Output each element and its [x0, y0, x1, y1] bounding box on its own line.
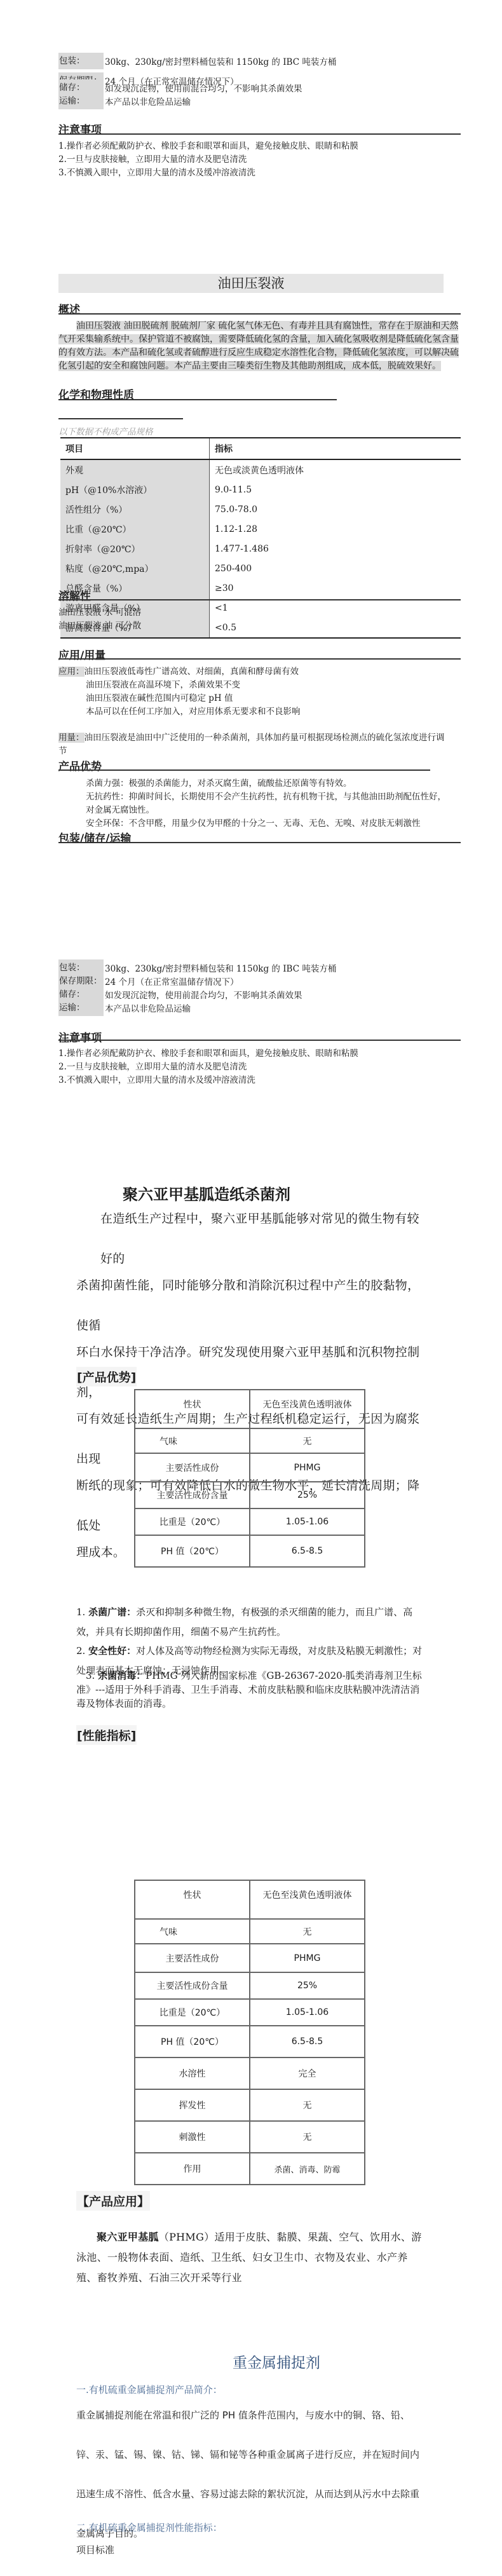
section-rule — [58, 599, 461, 600]
dosage-label: 用量： — [58, 733, 85, 743]
section-rule — [58, 658, 461, 660]
pkg-value: 本产品以非危险品运输 — [104, 1001, 191, 1014]
table-row: 比重是（20℃）1.05-1.06 — [135, 1508, 365, 1535]
spec-disclaimer: 以下数据不构成产品规格 — [58, 424, 153, 437]
phmg-spec-table-2: 性状无色至浅黄色透明液体 气味无 主要活性成份PHMG 主要活性成份含量25% … — [134, 1880, 365, 2185]
application-heading: 应用/用量 — [58, 646, 105, 662]
table-cell: 1.05-1.06 — [250, 1999, 365, 2026]
table-cell: 比重是（20℃） — [135, 1999, 250, 2026]
heavy-metal-performance-heading: 二.有机硫重金属捕捉剂性能指标： — [76, 2521, 222, 2534]
feature-number: 2. — [76, 1645, 85, 1657]
heavy-metal-title: 重金属捕捉剂 — [0, 2351, 502, 2372]
table-row: 粘度（@20℃,mpa）250-400 — [60, 559, 461, 578]
pkg-label: 运输： — [58, 1000, 104, 1016]
section-rule — [58, 769, 430, 771]
section-rule — [58, 1040, 461, 1041]
table-cell: 水溶性 — [135, 2057, 250, 2089]
table-row: pH（@10%水溶液）9.0-11.5 — [60, 480, 461, 499]
pkg-value: 如发现沉淀物，使用前混合均匀，不影响其杀菌效果 — [104, 988, 302, 1001]
table-cell: 性状 — [135, 1390, 250, 1428]
pkg-row-packaging: 包装： 30kg、230kg/密封塑料桶包装和 1150kg 的 IBC 吨装方… — [58, 53, 336, 69]
feature-title: 杀菌广谱： — [88, 1606, 136, 1618]
table-row: 主要活性成份PHMG — [135, 1453, 365, 1482]
precaution-item: 3.不慎溅入眼中，立即用大量的清水及缓冲溶液清洗 — [58, 165, 255, 178]
table-cell: 粘度（@20℃,mpa） — [60, 559, 210, 578]
feature-number: 3. — [76, 1670, 95, 1681]
dosage-text: 油田压裂液是油田中广泛使用的一种杀菌剂，具体加药量可根据现场检测点的硫化氢浓度进… — [85, 733, 445, 743]
table-row: 比重（@20℃）1.12-1.28 — [60, 519, 461, 539]
advantages-bracket-heading: [产品优势] — [76, 1367, 137, 1386]
table-cell: 25% — [250, 1972, 365, 1999]
performance-bracket-heading: [性能指标] — [76, 1725, 137, 1745]
dosage-text-cont: 节 — [58, 743, 67, 756]
table-cell: 主要活性成份含量 — [135, 1972, 250, 1999]
table-cell: 作用 — [135, 2153, 250, 2185]
table-cell: 1.12-1.28 — [210, 519, 461, 539]
table-cell: 1.477-1.486 — [210, 539, 461, 559]
table-cell: 活性组分（%） — [60, 499, 210, 519]
table-row: 性状无色至浅黄色透明液体 — [135, 1390, 365, 1428]
product-title: 油田压裂液 — [58, 274, 444, 293]
table-cell: 主要活性成份含量 — [135, 1482, 250, 1508]
application-label: 应用： — [58, 667, 85, 677]
advantages-heading: 产品优势 — [58, 757, 102, 773]
table-row: 作用杀菌、消毒、防霉 — [135, 2153, 365, 2185]
table-row: PH 值（20℃）6.5-8.5 — [135, 1535, 365, 1567]
pkg-value: 30kg、230kg/密封塑料桶包装和 1150kg 的 IBC 吨装方桶 — [104, 961, 336, 974]
application-item: 油田压裂液低毒性广谱高效、对细菌，真菌和酵母菌有效 — [85, 667, 299, 677]
table-cell: 折射率（@20℃） — [60, 539, 210, 559]
precaution-item: 2.一旦与皮肤接触，立即用大量的清水及肥皂清洗 — [58, 152, 247, 165]
solubility-heading: 溶解性 — [58, 587, 91, 603]
table-cell: 气味 — [135, 1428, 250, 1453]
section-rule — [58, 133, 461, 135]
heavy-metal-intro-heading: 一.有机硫重金属捕捉剂产品简介： — [76, 2383, 222, 2396]
table-cell: PHMG — [250, 1453, 365, 1482]
application-line: 应用：油田压裂液低毒性广谱高效、对细菌，真菌和酵母菌有效 — [58, 664, 299, 677]
precaution-item: 1.操作者必须配戴防护衣、橡胶手套和眼罩和面具，避免接触皮肤、眼睛和粘膜 — [58, 1046, 358, 1059]
table-row: 主要活性成份含量25% — [135, 1972, 365, 1999]
dosage-line: 用量：油田压裂液是油田中广泛使用的一种杀菌剂，具体加药量可根据现场检测点的硫化氢… — [58, 730, 445, 743]
table-row: 活性组分（%）75.0-78.0 — [60, 499, 461, 519]
table-cell: 主要活性成份 — [135, 1453, 250, 1482]
section-rule — [58, 313, 461, 315]
table-cell: 无 — [250, 2121, 365, 2153]
table-cell: 完全 — [250, 2057, 365, 2089]
table-cell: 250-400 — [210, 559, 461, 578]
table-row: 折射率（@20℃）1.477-1.486 — [60, 539, 461, 559]
short-rule — [58, 418, 183, 419]
pkg-value: 本产品以非危险品运输 — [104, 95, 191, 107]
table-row: 刺激性无 — [135, 2121, 365, 2153]
column-header: 指标 — [210, 438, 461, 459]
phmg-application: 聚六亚甲基胍（PHMG）适用于皮肤、黏膜、果蔬、空气、饮用水、游泳池、一般物体表… — [76, 2227, 424, 2288]
table-cell: pH（@10%水溶液） — [60, 480, 210, 499]
table-cell: 比重是（20℃） — [135, 1508, 250, 1535]
phmg-spec-table-1: 性状无色至浅黄色透明液体 气味无 主要活性成份PHMG 主要活性成份含量25% … — [134, 1389, 365, 1568]
feature-title: 安全性好： — [88, 1645, 136, 1657]
feature-3: 3. 杀菌消毒：PHMG 列入新的国家标准《GB-26367-2020-胍类消毒… — [76, 1669, 424, 1711]
table-cell: 性状 — [135, 1880, 250, 1919]
advantage-item: 对金属无腐蚀性。 — [86, 803, 154, 815]
advantage-item: 安全环保：不含甲醛，用量少仅为甲醛的十分之一、无毒、无色、无嗅、对皮肤无刺激性 — [86, 816, 421, 829]
table-row: 气味无 — [135, 1428, 365, 1453]
column-header: 项目 — [60, 438, 210, 459]
table-header-row: 项目 指标 — [60, 438, 461, 459]
table-cell: PHMG — [250, 1944, 365, 1972]
table-cell: 无色或淡黄色透明液体 — [210, 459, 461, 480]
table-cell: <0.5 — [210, 618, 461, 638]
table-cell: PH 值（20℃） — [135, 1535, 250, 1567]
table-cell: ≥30 — [210, 578, 461, 598]
solubility-item: 油田压裂液 水 可混溶 — [58, 605, 141, 618]
table-row: 比重是（20℃）1.05-1.06 — [135, 1999, 365, 2026]
table-cell: 挥发性 — [135, 2089, 250, 2121]
table-row: 总醛含量（%）≥30 — [60, 578, 461, 598]
application-item: 本品可以在任何工序加入，对应用体系无要求和不良影响 — [86, 704, 301, 717]
feature-1: 1. 杀菌广谱：杀灭和抑制多种微生物，有极强的杀灭细菌的能力，而且广谱、高效，并… — [76, 1603, 424, 1642]
pkg-row-transport: 运输： 本产品以非危险品运输 — [58, 1000, 191, 1016]
table-row: 主要活性成份含量25% — [135, 1482, 365, 1508]
table-cell: 75.0-78.0 — [210, 499, 461, 519]
advantage-item: 杀菌力强：极强的杀菌能力，对杀灭腐生菌，硫酸盐还原菌等有特效。 — [86, 776, 352, 789]
table-cell: 9.0-11.5 — [210, 480, 461, 499]
precaution-item: 1.操作者必须配戴防护衣、橡胶手套和眼罩和面具，避免接触皮肤、眼睛和粘膜 — [58, 139, 358, 151]
table-cell: 6.5-8.5 — [250, 1535, 365, 1567]
precautions-heading: 注意事项 — [58, 1029, 102, 1045]
precaution-item: 3.不慎溅入眼中，立即用大量的清水及缓冲溶液清洗 — [58, 1073, 255, 1085]
pkg-value: 24 个月（在正常室温储存情况下） — [104, 975, 238, 987]
table-cell: 1.05-1.06 — [250, 1508, 365, 1535]
application-bracket-heading: 【产品应用】 — [76, 2191, 150, 2211]
heavy-metal-last-line: 项目标准 — [76, 2540, 426, 2559]
table-cell: 外观 — [60, 459, 210, 480]
table-row: 外观无色或淡黄色透明液体 — [60, 459, 461, 480]
table-cell: 气味 — [135, 1919, 250, 1944]
pkg-label: 包装： — [58, 53, 104, 69]
table-row: 水溶性完全 — [135, 2057, 365, 2089]
section-rule — [58, 399, 337, 400]
application-bold: 聚六亚甲基胍 — [76, 2231, 159, 2243]
feature-number: 1. — [76, 1606, 85, 1618]
table-cell: 无 — [250, 1428, 365, 1453]
table-row: 主要活性成份PHMG — [135, 1944, 365, 1972]
table-cell: 杀菌、消毒、防霉 — [250, 2153, 365, 2185]
table-cell: 6.5-8.5 — [250, 2026, 365, 2057]
solubility-item: 油田压裂液 油 可分散 — [58, 618, 141, 631]
table-cell: PH 值（20℃） — [135, 2026, 250, 2057]
feature-title: 杀菌消毒： — [98, 1670, 146, 1681]
pkg-value: 如发现沉淀物，使用前混合均匀，不影响其杀菌效果 — [104, 81, 302, 94]
table-row: 挥发性无 — [135, 2089, 365, 2121]
table-cell: 主要活性成份 — [135, 1944, 250, 1972]
section-rule — [58, 842, 461, 843]
table-row: 性状无色至浅黄色透明液体 — [135, 1880, 365, 1919]
application-item: 油田压裂液在高温环境下，杀菌效果不变 — [86, 677, 240, 690]
table-cell: 无 — [250, 2089, 365, 2121]
application-item: 油田压裂液在碱性范围内可稳定 pH 值 — [86, 691, 233, 703]
pkg-row-transport: 运输： 本产品以非危险品运输 — [58, 93, 191, 109]
advantage-item: 无抗药性：抑菌时间长，长期使用不会产生抗药性，抗有机物干扰，与其他油田助剂配伍性… — [86, 789, 446, 802]
table-cell: 25% — [250, 1482, 365, 1508]
table-row: 气味无 — [135, 1919, 365, 1944]
table-row: PH 值（20℃）6.5-8.5 — [135, 2026, 365, 2057]
precaution-item: 2.一旦与皮肤接触，立即用大量的清水及肥皂清洗 — [58, 1059, 247, 1072]
table-cell: 无色至浅黄色透明液体 — [250, 1880, 365, 1919]
table-cell: 比重（@20℃） — [60, 519, 210, 539]
table-cell: <1 — [210, 598, 461, 618]
overview-text: 油田压裂液 油田脱硫剂 脱硫剂厂家 硫化氢气体无色、有毒并且具有腐蚀性，常存在于… — [58, 321, 459, 371]
table-cell: 刺激性 — [135, 2121, 250, 2153]
table-cell: 无 — [250, 1919, 365, 1944]
pkg-label: 运输： — [58, 93, 104, 109]
overview-paragraph: 油田压裂液 油田脱硫剂 脱硫剂厂家 硫化氢气体无色、有毒并且具有腐蚀性，常存在于… — [58, 320, 461, 373]
table-cell: 无色至浅黄色透明液体 — [250, 1390, 365, 1428]
pkg-value: 30kg、230kg/密封塑料桶包装和 1150kg 的 IBC 吨装方桶 — [104, 55, 336, 67]
